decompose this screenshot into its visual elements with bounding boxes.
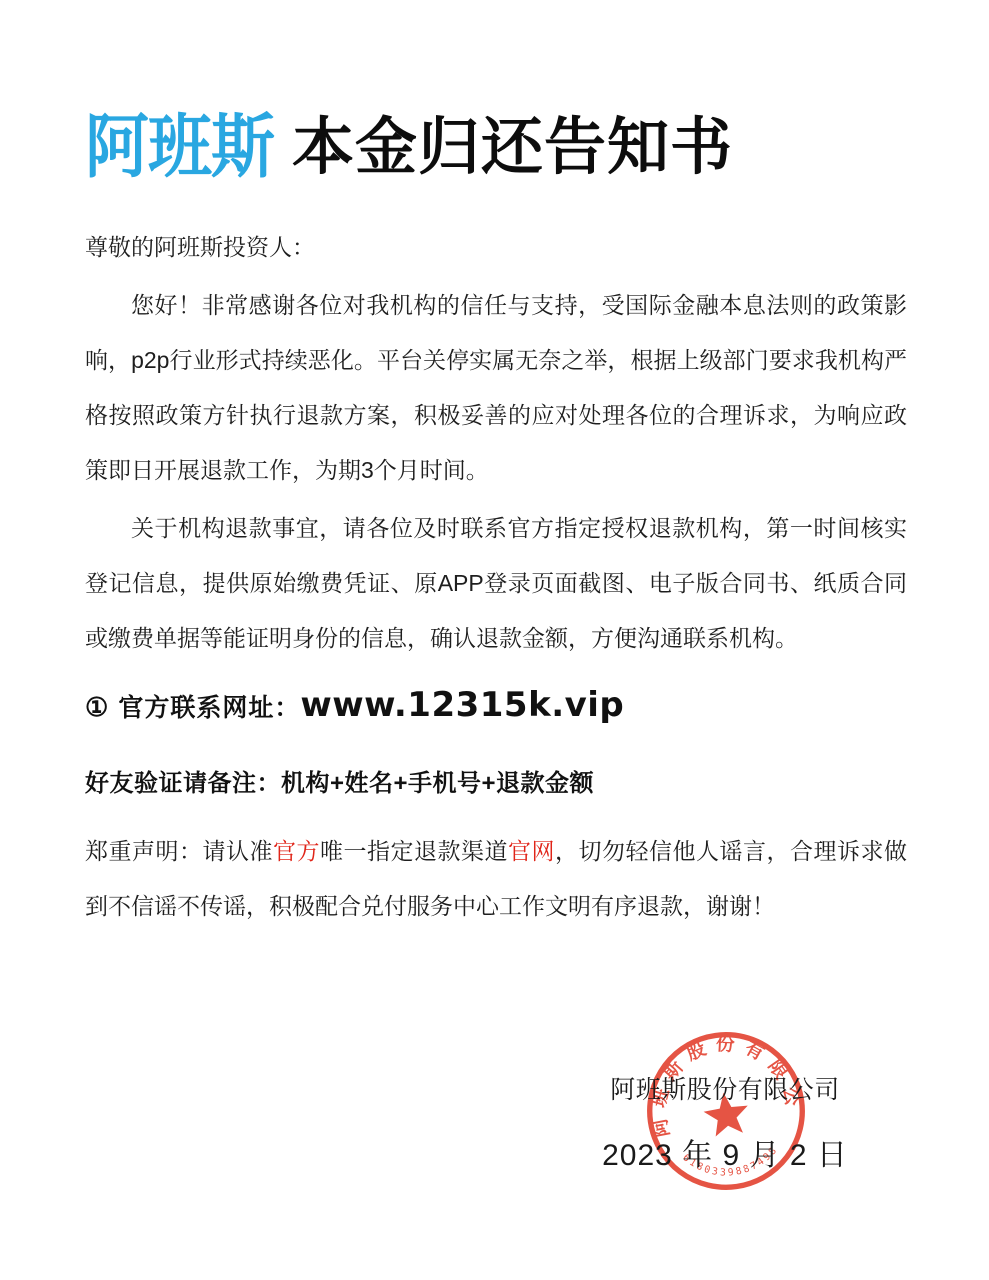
signature-block: 阿班斯股份有限公司 2023 年 9 月 2 日 xyxy=(560,1070,890,1174)
paragraph-intro: 您好！非常感谢各位对我机构的信任与支持，受国际金融本息法则的政策影响，p2p行业… xyxy=(85,278,907,498)
verification-note-line: 好友验证请备注：机构+姓名+手机号+退款金额 xyxy=(85,763,907,798)
declaration-paragraph: 郑重声明：请认准官方唯一指定退款渠道官网，切勿轻信他人谣言，合理诉求做到不信谣不… xyxy=(85,824,907,934)
page-title: 本金归还告知书 xyxy=(292,117,733,179)
contact-label: 官方联系网址： xyxy=(118,694,300,722)
signature-date: 2023 年 9 月 2 日 xyxy=(560,1130,890,1174)
declaration-part2: 唯一指定退款渠道 xyxy=(320,838,508,864)
declaration-part1: 郑重声明：请认准 xyxy=(85,838,273,864)
official-contact-line: ①官方联系网址：www.12315k.vip xyxy=(85,680,907,731)
document-body: 阿班斯 本金归还告知书 尊敬的阿班斯投资人： 您好！非常感谢各位对我机构的信任与… xyxy=(85,96,907,934)
notice-document-page: 阿班斯 本金归还告知书 尊敬的阿班斯投资人： 您好！非常感谢各位对我机构的信任与… xyxy=(0,0,989,1280)
circled-one-icon: ① xyxy=(85,692,108,722)
company-logo: 阿班斯 xyxy=(85,113,274,182)
declaration-red-website: 官网 xyxy=(508,838,555,864)
salutation-line: 尊敬的阿班斯投资人： xyxy=(85,220,907,275)
declaration-red-official: 官方 xyxy=(273,838,320,864)
official-website-url: www.12315k.vip xyxy=(300,685,624,725)
signature-company-name: 阿班斯股份有限公司 xyxy=(560,1070,890,1106)
paragraph-refund-instructions: 关于机构退款事宜，请各位及时联系官方指定授权退款机构，第一时间核实登记信息，提供… xyxy=(85,501,907,666)
document-header: 阿班斯 本金归还告知书 xyxy=(85,96,907,200)
